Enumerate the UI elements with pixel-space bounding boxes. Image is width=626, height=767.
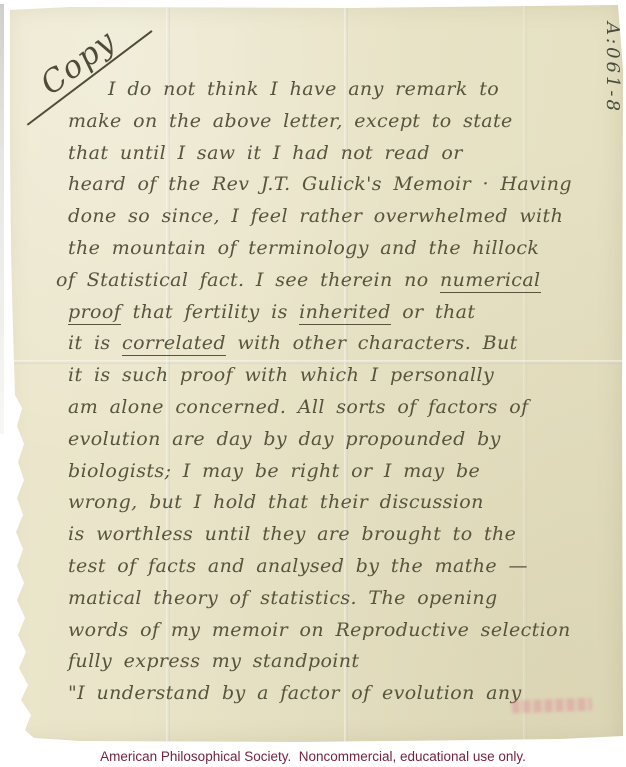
- underlined-word: inherited: [299, 301, 391, 325]
- letter-text: matical theory of statistics. The openin…: [68, 587, 498, 609]
- letter-line: proof that fertility is inherited or tha…: [68, 297, 608, 329]
- letter-text: test of facts and analysed by the mathe …: [68, 555, 528, 577]
- letter-line: evolution are day by day propounded by: [68, 424, 608, 456]
- underlined-word: proof: [68, 301, 121, 325]
- letter-text: words of my memoir on Reproductive selec…: [68, 619, 571, 641]
- letter-text: done so since, I feel rather overwhelmed…: [68, 205, 563, 227]
- letter-line: of Statistical fact. I see therein no nu…: [56, 265, 608, 297]
- letter-line: words of my memoir on Reproductive selec…: [68, 615, 608, 647]
- letter-line: test of facts and analysed by the mathe …: [68, 551, 608, 583]
- scanner-edge-shadow: [0, 4, 4, 434]
- letter-line: I do not think I have any remark to: [68, 74, 608, 106]
- letter-line: it is such proof with which I personally: [68, 360, 608, 392]
- letter-text: I do not think I have any remark to: [108, 78, 499, 100]
- letter-text: biologists; I may be right or I may be: [68, 460, 480, 482]
- copyright-caption: American Philosophical Society. Noncomme…: [0, 749, 626, 764]
- underlined-word: numerical: [440, 269, 541, 293]
- letter-line: wrong, but I hold that their discussion: [68, 487, 608, 519]
- letter-text: wrong, but I hold that their discussion: [68, 491, 484, 513]
- letter-text: of Statistical fact. I see therein no: [56, 269, 440, 291]
- letter-text: am alone concerned. All sorts of factors…: [68, 396, 529, 418]
- letter-text: is worthless until they are brought to t…: [68, 523, 516, 545]
- letter-paper: Copy A:061-8 I do not think I have any r…: [0, 0, 626, 748]
- letter-body: I do not think I have any remark tomake …: [68, 74, 608, 710]
- faint-pink-stamp: [512, 698, 592, 714]
- letter-line: am alone concerned. All sorts of factors…: [68, 392, 608, 424]
- letter-line: is worthless until they are brought to t…: [68, 519, 608, 551]
- letter-text: with other characters. But: [226, 332, 518, 354]
- letter-text: it is: [68, 332, 122, 354]
- letter-text: that fertility is: [121, 301, 299, 323]
- letter-line: the mountain of terminology and the hill…: [68, 233, 608, 265]
- underlined-word: correlated: [122, 332, 226, 356]
- letter-line: matical theory of statistics. The openin…: [68, 583, 608, 615]
- letter-text: that until I saw it I had not read or: [68, 142, 463, 164]
- letter-text: evolution are day by day propounded by: [68, 428, 501, 450]
- scanned-letter-page: Copy A:061-8 I do not think I have any r…: [0, 0, 626, 767]
- letter-line: make on the above letter, except to stat…: [68, 106, 608, 138]
- letter-text: heard of the Rev J.T. Gulick's Memoir · …: [68, 173, 572, 195]
- letter-line: biologists; I may be right or I may be: [68, 456, 608, 488]
- letter-text: or that: [391, 301, 476, 323]
- letter-text: fully express my standpoint: [68, 650, 359, 672]
- letter-line: fully express my standpoint: [68, 646, 608, 678]
- letter-text: it is such proof with which I personally: [68, 364, 494, 386]
- letter-line: that until I saw it I had not read or: [68, 138, 608, 170]
- letter-line: done so since, I feel rather overwhelmed…: [68, 201, 608, 233]
- letter-line: it is correlated with other characters. …: [68, 328, 608, 360]
- letter-line: heard of the Rev J.T. Gulick's Memoir · …: [68, 169, 608, 201]
- letter-text: "I understand by a factor of evolution a…: [68, 682, 522, 704]
- letter-text: make on the above letter, except to stat…: [68, 110, 513, 132]
- letter-text: the mountain of terminology and the hill…: [68, 237, 539, 259]
